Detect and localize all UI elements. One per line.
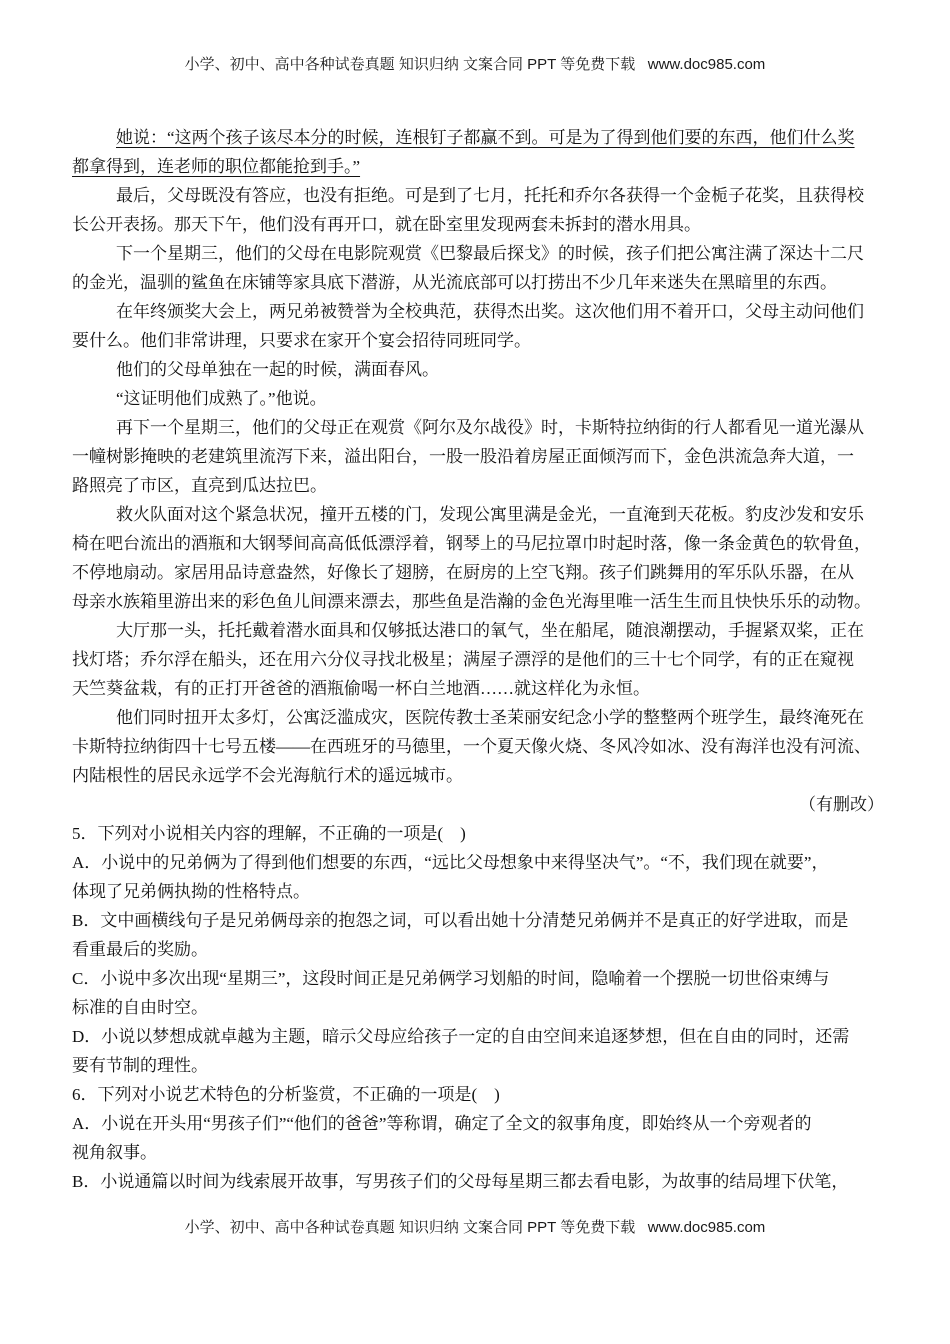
passage-line: 不停地扇动。家居用品诗意盎然，好像长了翅膀，在厨房的上空飞翔。孩子们跳舞用的军乐… xyxy=(72,558,884,587)
option-line: C．小说中多次出现“星期三”，这段时间正是兄弟俩学习划船的时间，隐喻着一个摆脱一… xyxy=(72,964,884,993)
passage-line: 下一个星期三，他们的父母在电影院观赏《巴黎最后探戈》的时候，孩子们把公寓注满了深… xyxy=(72,239,884,268)
passage-line: 的金光，温驯的鲨鱼在床铺等家具底下潜游，从光流底部可以打捞出不少几年来迷失在黑暗… xyxy=(72,268,884,297)
source-note: （有删改） xyxy=(72,790,884,819)
option-line: B．小说通篇以时间为线索展开故事，写男孩子们的父母每星期三都去看电影，为故事的结… xyxy=(72,1167,884,1196)
option-line: 要有节制的理性。 xyxy=(72,1051,884,1080)
option-line: D．小说以梦想成就卓越为主题，暗示父母应给孩子一定的自由空间来追逐梦想，但在自由… xyxy=(72,1022,884,1051)
question-stem: 5．下列对小说相关内容的理解，不正确的一项是( ) xyxy=(72,819,884,848)
option-line: A．小说在开头用“男孩子们”“他们的爸爸”等称谓，确定了全文的叙事角度，即始终从… xyxy=(72,1109,884,1138)
passage-line: 他们同时扭开太多灯，公寓泛滥成灾，医院传教士圣茉丽安纪念小学的整整两个班学生，最… xyxy=(72,703,884,732)
passage-line: 再下一个星期三，他们的父母正在观赏《阿尔及尔战役》时，卡斯特拉纳街的行人都看见一… xyxy=(72,413,884,442)
passage-line: 天竺葵盆栽，有的正打开爸爸的酒瓶偷喝一杯白兰地酒……就这样化为永恒。 xyxy=(72,674,884,703)
option-line: A．小说中的兄弟俩为了得到他们想要的东西，“远比父母想象中来得坚决气”。“不，我… xyxy=(72,848,884,877)
passage-line: 母亲水族箱里游出来的彩色鱼儿间漂来漂去，那些鱼是浩瀚的金色光海里唯一活生生而且快… xyxy=(72,587,884,616)
option-line: 标准的自由时空。 xyxy=(72,993,884,1022)
option-line: 看重最后的奖励。 xyxy=(72,935,884,964)
text-body: 她说：“这两个孩子该尽本分的时候，连根钉子都赢不到。可是为了得到他们要的东西，他… xyxy=(72,123,884,1196)
passage-line: 她说：“这两个孩子该尽本分的时候，连根钉子都赢不到。可是为了得到他们要的东西，他… xyxy=(72,123,884,152)
question-stem: 6．下列对小说艺术特色的分析鉴赏，不正确的一项是( ) xyxy=(72,1080,884,1109)
passage-line: 都拿得到，连老师的职位都能抢到手。” xyxy=(72,152,884,181)
passage-line: 内陆根性的居民永远学不会光海航行术的遥远城市。 xyxy=(72,761,884,790)
passage-line: “这证明他们成熟了。”他说。 xyxy=(72,384,884,413)
passage-line: 在年终颁奖大会上，两兄弟被赞誉为全校典范，获得杰出奖。这次他们用不着开口，父母主… xyxy=(72,297,884,326)
passage-line: 卡斯特拉纳街四十七号五楼——在西班牙的马德里，一个夏天像火烧、冬风冷如冰、没有海… xyxy=(72,732,884,761)
header-download-banner: 小学、初中、高中各种试卷真题 知识归纳 文案合同 PPT 等免费下载 www.d… xyxy=(0,53,950,74)
passage-line: 路照亮了市区，直亮到瓜达拉巴。 xyxy=(72,471,884,500)
option-line: 视角叙事。 xyxy=(72,1138,884,1167)
footer-download-banner: 小学、初中、高中各种试卷真题 知识归纳 文案合同 PPT 等免费下载 www.d… xyxy=(0,1216,950,1237)
passage-line: 长公开表扬。那天下午，他们没有再开口，就在卧室里发现两套未拆封的潜水用具。 xyxy=(72,210,884,239)
passage-line: 要什么。他们非常讲理，只要求在家开个宴会招待同班同学。 xyxy=(72,326,884,355)
passage-line: 救火队面对这个紧急状况，撞开五楼的门，发现公寓里满是金光，一直淹到天花板。豹皮沙… xyxy=(72,500,884,529)
passage-line: 最后，父母既没有答应，也没有拒绝。可是到了七月，托托和乔尔各获得一个金栀子花奖，… xyxy=(72,181,884,210)
passage-line: 找灯塔；乔尔浮在船头，还在用六分仪寻找北极星；满屋子漂浮的是他们的三十七个同学，… xyxy=(72,645,884,674)
passage-line: 一幢树影掩映的老建筑里流泻下来，溢出阳台，一股一股沿着房屋正面倾泻而下，金色洪流… xyxy=(72,442,884,471)
option-line: B．文中画横线句子是兄弟俩母亲的抱怨之词，可以看出她十分清楚兄弟俩并不是真正的好… xyxy=(72,906,884,935)
passage-line: 他们的父母单独在一起的时候，满面春风。 xyxy=(72,355,884,384)
document-page: 小学、初中、高中各种试卷真题 知识归纳 文案合同 PPT 等免费下载 www.d… xyxy=(0,0,950,1344)
passage-line: 大厅那一头，托托戴着潜水面具和仅够抵达港口的氧气，坐在船尾，随浪潮摆动，手握紧双… xyxy=(72,616,884,645)
passage-line: 椅在吧台流出的酒瓶和大钢琴间高高低低漂浮着，钢琴上的马尼拉罩巾时起时落，像一条金… xyxy=(72,529,884,558)
option-line: 体现了兄弟俩执拗的性格特点。 xyxy=(72,877,884,906)
